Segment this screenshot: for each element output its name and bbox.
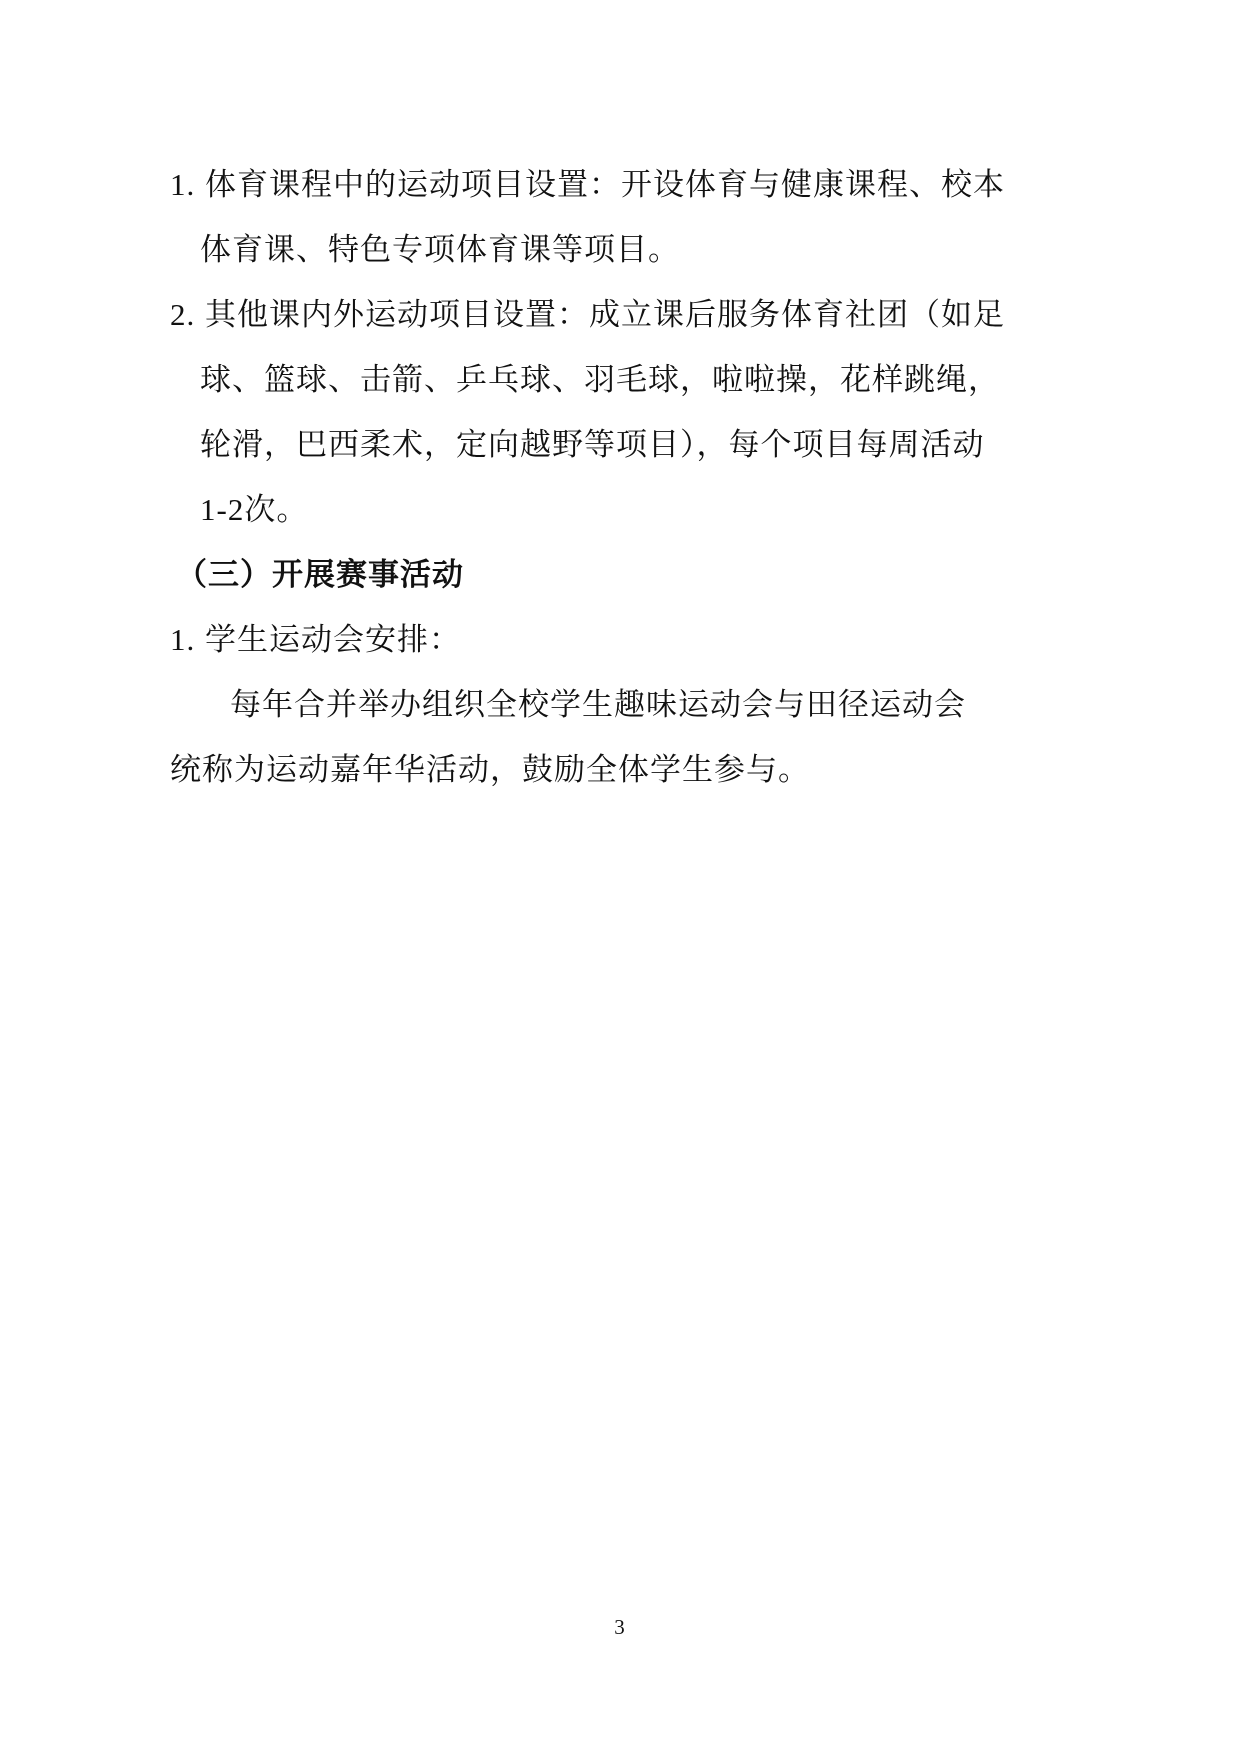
text-line: 统称为运动嘉年华活动，鼓励全体学生参与。 [170,752,810,787]
text-line: 其他课内外运动项目设置：成立课后服务体育社团（如足 [205,297,1005,332]
list-marker: 2. [170,282,205,347]
paragraph-line: 统称为运动嘉年华活动，鼓励全体学生参与。 [170,737,990,802]
text-line: 体育课、特色专项体育课等项目。 [200,232,680,267]
text-line: 球、篮球、击箭、乒乓球、羽毛球，啦啦操，花样跳绳， [200,362,1000,397]
document-body: 1.体育课程中的运动项目设置：开设体育与健康课程、校本 体育课、特色专项体育课等… [170,152,990,802]
list-item-3: 1.学生运动会安排： [170,607,990,672]
paragraph-line: 每年合并举办组织全校学生趣味运动会与田径运动会 [170,672,990,737]
text-line: 每年合并举办组织全校学生趣味运动会与田径运动会 [230,687,966,722]
section-heading-text: （三）开展赛事活动 [176,557,464,592]
list-marker: 1. [170,152,205,217]
document-page: 1.体育课程中的运动项目设置：开设体育与健康课程、校本 体育课、特色专项体育课等… [0,0,1239,1754]
text-line: 球、篮球、击箭、乒乓球、羽毛球，啦啦操，花样跳绳， [170,347,990,412]
list-item-1: 1.体育课程中的运动项目设置：开设体育与健康课程、校本 [170,152,990,217]
text-line: 1-2次。 [200,492,308,527]
text-line: 1-2次。 [170,477,990,542]
list-item-2: 2.其他课内外运动项目设置：成立课后服务体育社团（如足 [170,282,990,347]
text-line: 体育课程中的运动项目设置：开设体育与健康课程、校本 [205,167,1005,202]
page-number: 3 [0,1612,1239,1642]
text-line: 学生运动会安排： [205,622,461,657]
text-line: 轮滑，巴西柔术，定向越野等项目），每个项目每周活动 [200,427,985,462]
text-line: 轮滑，巴西柔术，定向越野等项目），每个项目每周活动 [170,412,990,477]
text-line: 体育课、特色专项体育课等项目。 [170,217,990,282]
section-heading: （三）开展赛事活动 [170,542,990,607]
list-marker: 1. [170,607,205,672]
